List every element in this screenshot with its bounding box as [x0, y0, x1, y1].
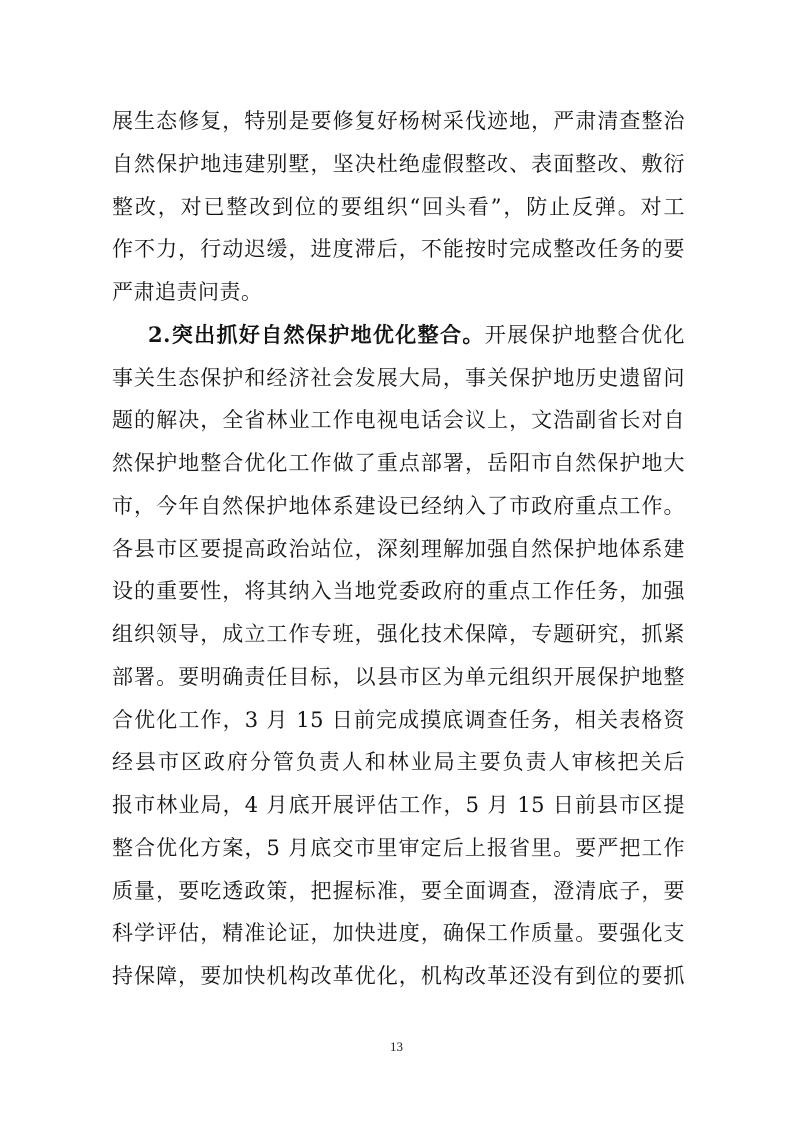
body-line: 合优化工作，3 月 15 日前完成摸底调查任务，相关表格资料	[112, 699, 685, 742]
body-line: 科学评估，精准论证，加快进度，确保工作质量。要强化支	[112, 912, 685, 955]
body-line: 组织领导，成立工作专班，强化技术保障，专题研究，抓紧	[112, 613, 685, 656]
body-line-section-heading: 2.突出抓好自然保护地优化整合。开展保护地整合优化	[112, 314, 685, 357]
body-line: 整合优化方案，5 月底交市里审定后上报省里。要严把工作	[112, 827, 685, 870]
document-page: 展生态修复，特别是要修复好杨树采伐迹地，严肃清查整治 自然保护地违建别墅，坚决杜…	[0, 0, 793, 1122]
body-line: 作不力，行动迟缓，进度滞后，不能按时完成整改任务的要	[112, 228, 685, 271]
body-line: 事关生态保护和经济社会发展大局，事关保护地历史遗留问	[112, 357, 685, 400]
body-line: 各县市区要提高政治站位，深刻理解加强自然保护地体系建	[112, 528, 685, 571]
body-line: 题的解决，全省林业工作电视电话会议上，文浩副省长对自	[112, 399, 685, 442]
body-line: 展生态修复，特别是要修复好杨树采伐迹地，严肃清查整治	[112, 100, 685, 143]
section-heading-bold-text: 2.突出抓好自然保护地优化整合。	[148, 322, 485, 347]
section-heading-rest-text: 开展保护地整合优化	[485, 323, 685, 347]
body-line: 持保障，要加快机构改革优化，机构改革还没有到位的要抓	[112, 955, 685, 998]
body-line: 严肃追责问责。	[112, 271, 685, 314]
body-line: 然保护地整合优化工作做了重点部署，岳阳市自然保护地大	[112, 442, 685, 485]
body-line: 报市林业局，4 月底开展评估工作，5 月 15 日前县市区提出	[112, 784, 685, 827]
body-line: 自然保护地违建别墅，坚决杜绝虚假整改、表面整改、敷衍	[112, 143, 685, 186]
document-body-text: 展生态修复，特别是要修复好杨树采伐迹地，严肃清查整治 自然保护地违建别墅，坚决杜…	[112, 100, 685, 998]
body-line: 部署。要明确责任目标，以县市区为单元组织开展保护地整	[112, 656, 685, 699]
page-number: 13	[0, 1038, 793, 1056]
body-line: 整改，对已整改到位的要组织“回头看”，防止反弹。对工	[112, 186, 685, 229]
body-line: 设的重要性，将其纳入当地党委政府的重点工作任务，加强	[112, 570, 685, 613]
body-line: 质量，要吃透政策，把握标准，要全面调查，澄清底子，要	[112, 870, 685, 913]
body-line: 市，今年自然保护地体系建设已经纳入了市政府重点工作。	[112, 485, 685, 528]
body-line: 经县市区政府分管负责人和林业局主要负责人审核把关后	[112, 741, 685, 784]
